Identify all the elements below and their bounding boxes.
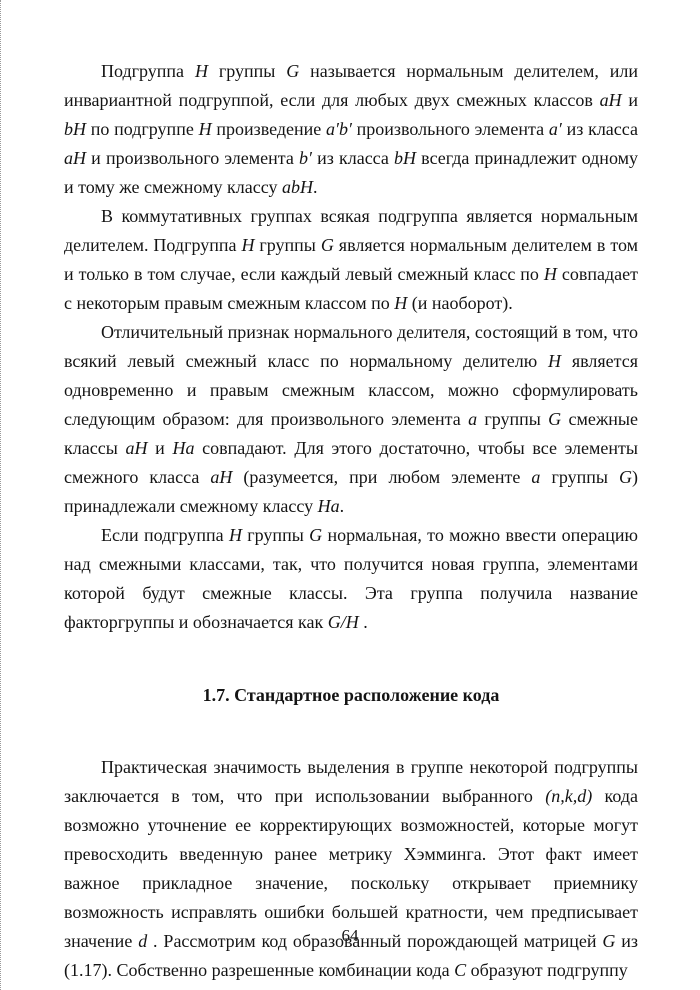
text-run: и <box>147 438 172 458</box>
math-symbol: bH <box>394 148 416 168</box>
math-symbol: a′ <box>549 119 562 139</box>
math-symbol: C <box>454 960 466 980</box>
math-symbol: G/H <box>328 612 359 632</box>
math-symbol: (n,k,d) <box>545 786 592 806</box>
math-symbol: Ha <box>318 496 340 516</box>
math-symbol: H <box>195 61 208 81</box>
paragraph: Практическая значимость выделения в груп… <box>64 753 638 985</box>
math-symbol: a <box>468 409 477 429</box>
math-symbol: G <box>321 235 334 255</box>
math-symbol: H <box>548 351 561 371</box>
math-symbol: b′ <box>299 148 312 168</box>
math-symbol: aH <box>600 90 622 110</box>
math-symbol: aH <box>210 467 232 487</box>
page-number: 64 <box>0 926 700 946</box>
text-run: группы <box>208 61 286 81</box>
math-symbol: a′b′ <box>326 119 352 139</box>
text-run: образуют подгруппу <box>466 960 628 980</box>
math-symbol: H <box>544 264 557 284</box>
paragraphs-after-heading: Практическая значимость выделения в груп… <box>64 753 638 985</box>
paragraph: Если подгруппа H группы G нормальная, то… <box>64 521 638 637</box>
math-symbol: H <box>394 293 407 313</box>
math-symbol: aH <box>125 438 147 458</box>
paragraphs-before-heading: Подгруппа H группы G называется нормальн… <box>64 57 638 637</box>
page-edge-dotted-border <box>0 0 1 990</box>
math-symbol: bH <box>64 119 86 139</box>
section-heading: 1.7. Стандартное расположение кода <box>64 681 638 710</box>
text-run: (и наоборот). <box>407 293 513 313</box>
paragraph: Отличительный признак нормального делите… <box>64 318 638 521</box>
math-symbol: H <box>241 235 254 255</box>
math-symbol: G <box>548 409 561 429</box>
text-run: произведение <box>212 119 326 139</box>
text-run: . <box>359 612 368 632</box>
math-symbol: H <box>199 119 212 139</box>
text-run: группы <box>254 235 320 255</box>
math-symbol: aH <box>64 148 86 168</box>
math-symbol: Ha <box>172 438 194 458</box>
text-run: Если подгруппа <box>101 525 229 545</box>
math-symbol: G <box>619 467 632 487</box>
text-run: группы <box>540 467 619 487</box>
text-run: группы <box>242 525 309 545</box>
text-run: произвольного элемента <box>352 119 549 139</box>
document-page: Подгруппа H группы G называется нормальн… <box>64 57 638 985</box>
text-run: . <box>340 496 345 516</box>
text-run: по подгруппе <box>86 119 199 139</box>
text-run: (разумеется, при любом элементе <box>232 467 531 487</box>
text-run: и произвольного элемента <box>86 148 299 168</box>
math-symbol: abH <box>282 177 313 197</box>
text-run: группы <box>477 409 548 429</box>
text-run: из класса <box>562 119 638 139</box>
math-symbol: G <box>286 61 299 81</box>
paragraph: В коммутативных группах всякая подгруппа… <box>64 202 638 318</box>
text-run: . <box>313 177 318 197</box>
text-run: и <box>622 90 638 110</box>
math-symbol: G <box>309 525 322 545</box>
text-run: Подгруппа <box>101 61 195 81</box>
math-symbol: H <box>229 525 242 545</box>
paragraph: Подгруппа H группы G называется нормальн… <box>64 57 638 202</box>
text-run: из класса <box>312 148 394 168</box>
